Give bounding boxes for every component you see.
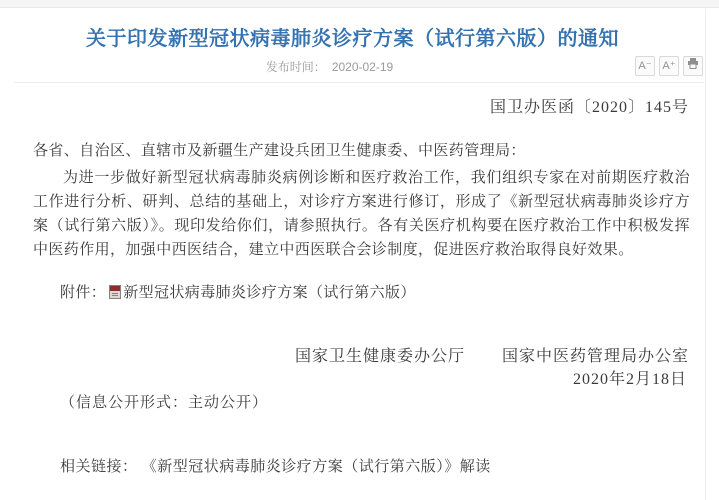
- top-strip: [0, 0, 719, 8]
- signer-tcm-administration: 国家中医药管理局办公室: [502, 348, 689, 365]
- print-button[interactable]: [683, 56, 703, 76]
- page-toolbar: A⁻ A⁺: [635, 56, 703, 76]
- attachment-row: 附件： 新型冠状病毒肺炎诊疗方案（试行第六版）: [60, 281, 416, 302]
- related-interpretation-link[interactable]: 《新型冠状病毒肺炎诊疗方案（试行第六版）》解读: [142, 459, 491, 475]
- publish-date-label: 发布时间：: [266, 60, 326, 74]
- signature-row: 国家卫生健康委办公厅 国家中医药管理局办公室: [295, 343, 689, 366]
- notice-page: 关于印发新型冠状病毒肺炎诊疗方案（试行第六版）的通知 发布时间：2020-02-…: [0, 0, 719, 500]
- publish-meta: 发布时间：2020-02-19: [0, 58, 659, 75]
- body-paragraph: 为进一步做好新型冠状病毒肺炎病例诊断和医疗救治工作，我们组织专家在对前期医疗救治…: [33, 166, 690, 262]
- font-increase-button[interactable]: A⁺: [659, 56, 679, 76]
- publish-date-value: 2020-02-19: [332, 60, 393, 74]
- document-number: 国卫办医函〔2020〕145号: [490, 94, 689, 117]
- attachment-label: 附件：: [60, 281, 106, 302]
- page-title: 关于印发新型冠状病毒肺炎诊疗方案（试行第六版）的通知: [0, 22, 705, 51]
- related-links-label: 相关链接：: [60, 459, 138, 475]
- signer-health-commission: 国家卫生健康委办公厅: [295, 348, 465, 365]
- content-right-border: [705, 9, 706, 500]
- document-body: 各省、自治区、直辖市及新疆生产建设兵团卫生健康委、中医药管理局： 为进一步做好新…: [33, 139, 690, 262]
- related-links-row: 相关链接： 《新型冠状病毒肺炎诊疗方案（试行第六版）》解读: [60, 455, 491, 476]
- header-divider: [14, 82, 704, 83]
- doc-file-icon: [109, 285, 121, 299]
- signature-date: 2020年2月18日: [573, 366, 687, 389]
- salutation-line: 各省、自治区、直辖市及新疆生产建设兵团卫生健康委、中医药管理局：: [33, 139, 690, 163]
- attachment-link[interactable]: 新型冠状病毒肺炎诊疗方案（试行第六版）: [123, 281, 416, 302]
- disclosure-note: （信息公开形式：主动公开）: [60, 391, 268, 412]
- font-decrease-button[interactable]: A⁻: [635, 56, 655, 76]
- printer-icon: [687, 57, 699, 75]
